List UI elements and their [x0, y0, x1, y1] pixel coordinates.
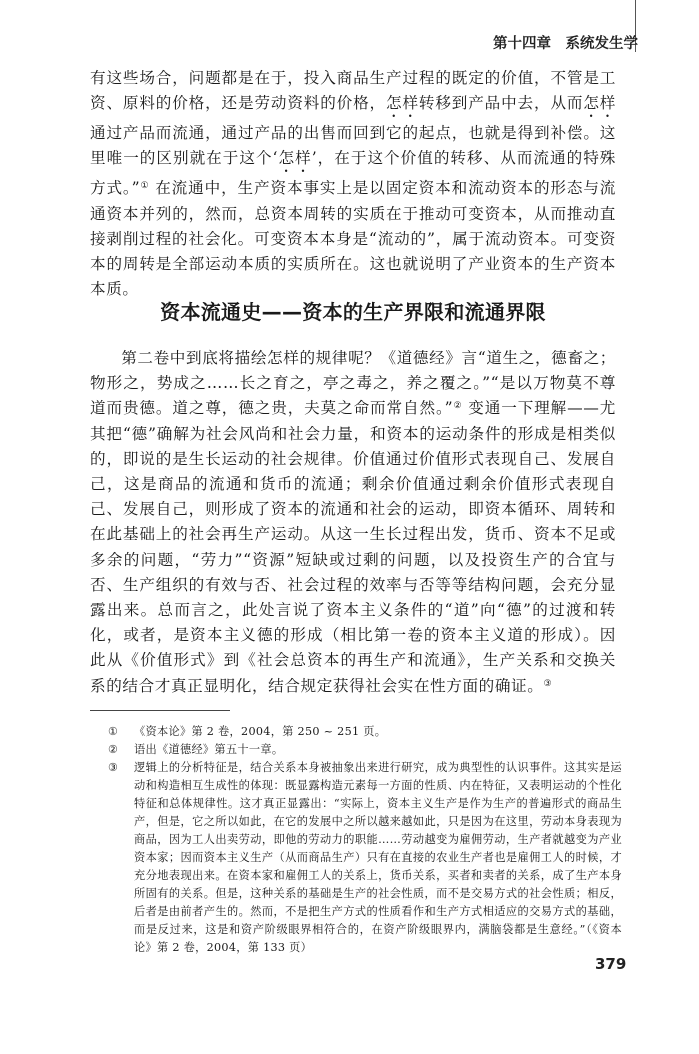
footnote-text: 逻辑上的分析特征是，结合关系本身被抽象出来进行研究，成为典型性的认识事件。这其实… — [134, 759, 622, 957]
page-number: 379 — [595, 955, 626, 973]
footnote-mark: ③ — [108, 759, 134, 957]
para1-text: 在流通中，生产资本事实上是以固定资本和流动资本的形态与流通资本并列的，然而，总资… — [90, 179, 616, 298]
paragraph-continued: 有这些场合，问题都是在于，投入商品生产过程的既定的价值，不管是工资、原料的价格，… — [90, 66, 616, 302]
emphasized-word: 怎样 — [278, 149, 312, 167]
footnote-text: 语出《道德经》第五十一章。 — [134, 741, 622, 759]
footnote-ref-1[interactable]: ① — [140, 181, 149, 191]
footnotes: ① 《资本论》第 2 卷，2004，第 250 ~ 251 页。 ② 语出《道德… — [108, 723, 622, 957]
para2-text: 变通一下理解——尤其把“德”确解为社会风尚和社会力量，和资本的运动条件的形成是相… — [90, 399, 616, 694]
running-head: 第十四章 系统发生学 — [493, 32, 638, 53]
footnote-item: ② 语出《道德经》第五十一章。 — [108, 741, 622, 759]
footnote-ref-2[interactable]: ② — [453, 401, 462, 411]
emphasized-word: 怎样 — [386, 94, 419, 112]
footnote-item: ① 《资本论》第 2 卷，2004，第 250 ~ 251 页。 — [108, 723, 622, 741]
section-heading: 资本流通史——资本的生产界限和流通界限 — [90, 296, 616, 325]
footnote-ref-3[interactable]: ③ — [543, 679, 552, 689]
para1-text: 转移到产品中去，从而 — [419, 94, 583, 112]
paragraph-section: 第二卷中到底将描绘怎样的规律呢？《道德经》言“道生之，德畜之；物形之，势成之……… — [90, 346, 616, 699]
footnote-mark: ② — [108, 741, 134, 759]
footnote-mark: ① — [108, 723, 134, 741]
footnote-item: ③ 逻辑上的分析特征是，结合关系本身被抽象出来进行研究，成为典型性的认识事件。这… — [108, 759, 622, 957]
footnote-divider — [90, 710, 230, 711]
footnote-text: 《资本论》第 2 卷，2004，第 250 ~ 251 页。 — [134, 723, 622, 741]
emphasized-word: 怎样 — [583, 94, 616, 112]
